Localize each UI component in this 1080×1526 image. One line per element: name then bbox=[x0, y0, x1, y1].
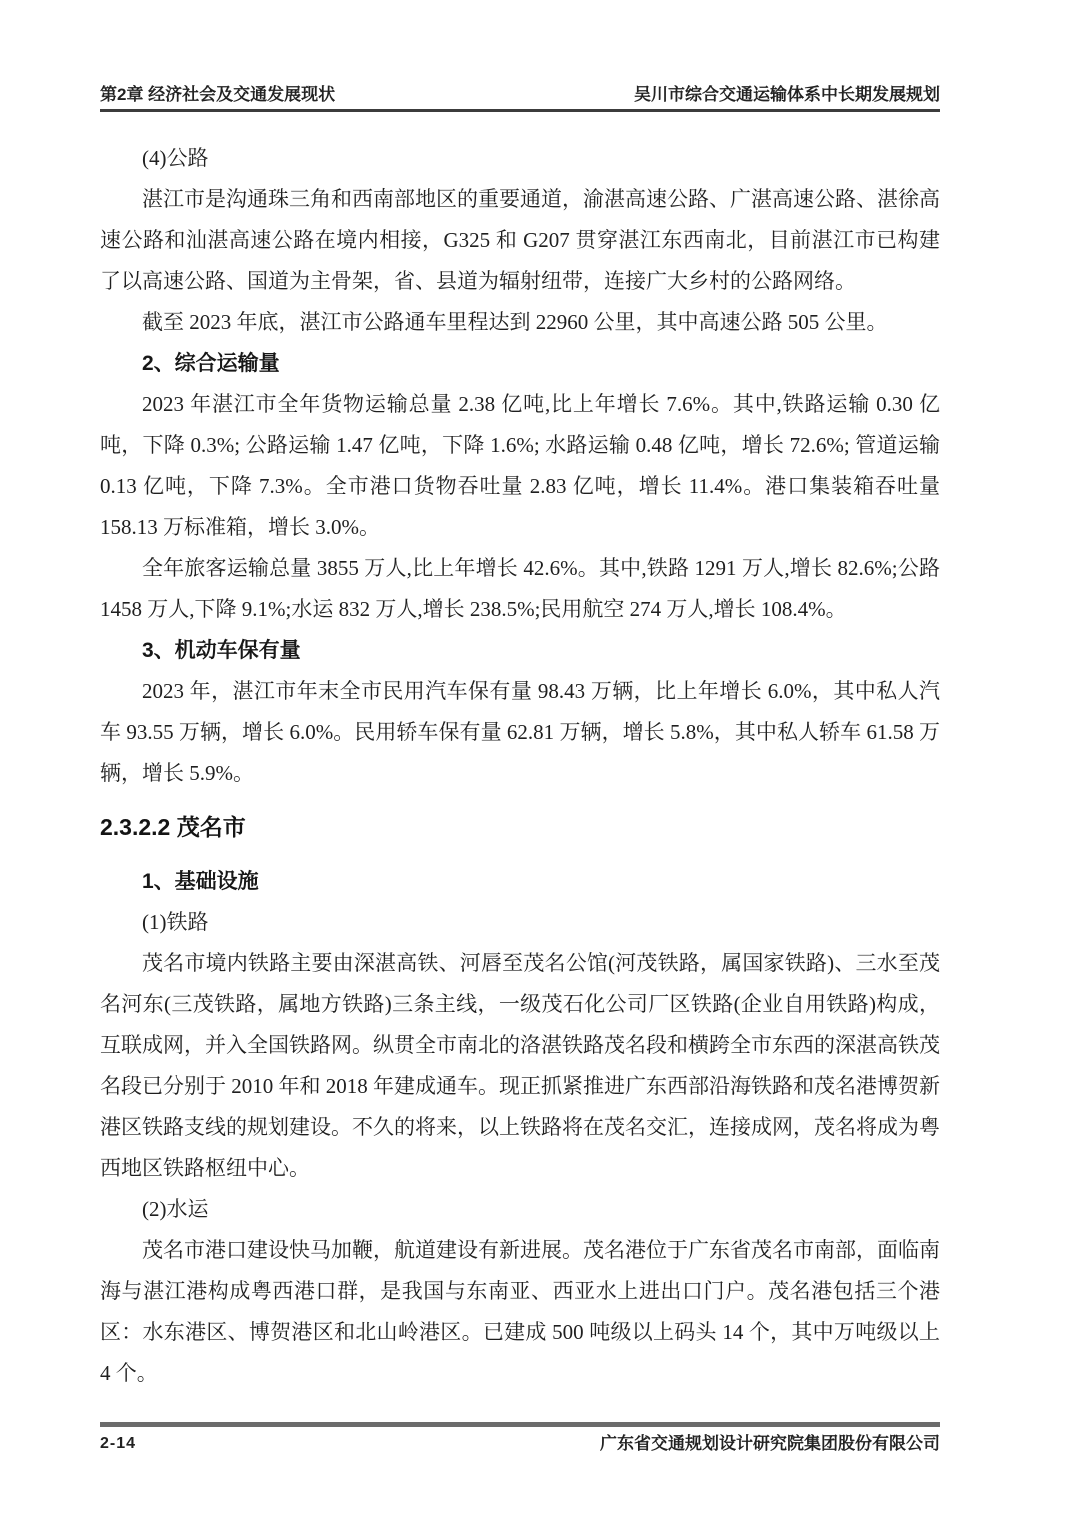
paragraph-waterway: 茂名市港口建设快马加鞭，航道建设有新进展。茂名港位于广东省茂名市南部，面临南海与… bbox=[100, 1230, 940, 1394]
heading-vehicle-ownership: 3、机动车保有量 bbox=[100, 630, 940, 671]
heading-railway: (1)铁路 bbox=[100, 902, 940, 943]
header-chapter: 第2章 经济社会及交通发展现状 bbox=[100, 84, 335, 105]
header-document-title: 吴川市综合交通运输体系中长期发展规划 bbox=[634, 84, 940, 105]
heading-section-maoming: 2.3.2.2 茂名市 bbox=[100, 807, 940, 848]
footer-rule bbox=[100, 1422, 940, 1427]
footer-company-name: 广东省交通规划设计研究院集团股份有限公司 bbox=[600, 1433, 940, 1455]
heading-waterway: (2)水运 bbox=[100, 1189, 940, 1230]
heading-highway: (4)公路 bbox=[100, 138, 940, 179]
heading-transport-volume: 2、综合运输量 bbox=[100, 343, 940, 384]
document-page: 第2章 经济社会及交通发展现状 吴川市综合交通运输体系中长期发展规划 (4)公路… bbox=[0, 0, 1080, 1526]
paragraph-passenger: 全年旅客运输总量 3855 万人,比上年增长 42.6%。其中,铁路 1291 … bbox=[100, 548, 940, 630]
paragraph-highway-1: 湛江市是沟通珠三角和西南部地区的重要通道，渝湛高速公路、广湛高速公路、湛徐高速公… bbox=[100, 179, 940, 302]
heading-infrastructure: 1、基础设施 bbox=[100, 861, 940, 902]
footer-page-number: 2-14 bbox=[100, 1433, 136, 1455]
paragraph-freight: 2023 年湛江市全年货物运输总量 2.38 亿吨,比上年增长 7.6%。其中,… bbox=[100, 384, 940, 548]
paragraph-railway: 茂名市境内铁路主要由深湛高铁、河唇至茂名公馆(河茂铁路，属国家铁路)、三水至茂名… bbox=[100, 943, 940, 1189]
paragraph-vehicle: 2023 年，湛江市年末全市民用汽车保有量 98.43 万辆，比上年增长 6.0… bbox=[100, 671, 940, 794]
page-header: 第2章 经济社会及交通发展现状 吴川市综合交通运输体系中长期发展规划 bbox=[100, 84, 940, 105]
document-body: (4)公路 湛江市是沟通珠三角和西南部地区的重要通道，渝湛高速公路、广湛高速公路… bbox=[100, 138, 940, 1394]
page-footer: 2-14 广东省交通规划设计研究院集团股份有限公司 bbox=[100, 1433, 940, 1455]
header-rule bbox=[100, 109, 940, 112]
paragraph-highway-2: 截至 2023 年底，湛江市公路通车里程达到 22960 公里，其中高速公路 5… bbox=[100, 302, 940, 343]
